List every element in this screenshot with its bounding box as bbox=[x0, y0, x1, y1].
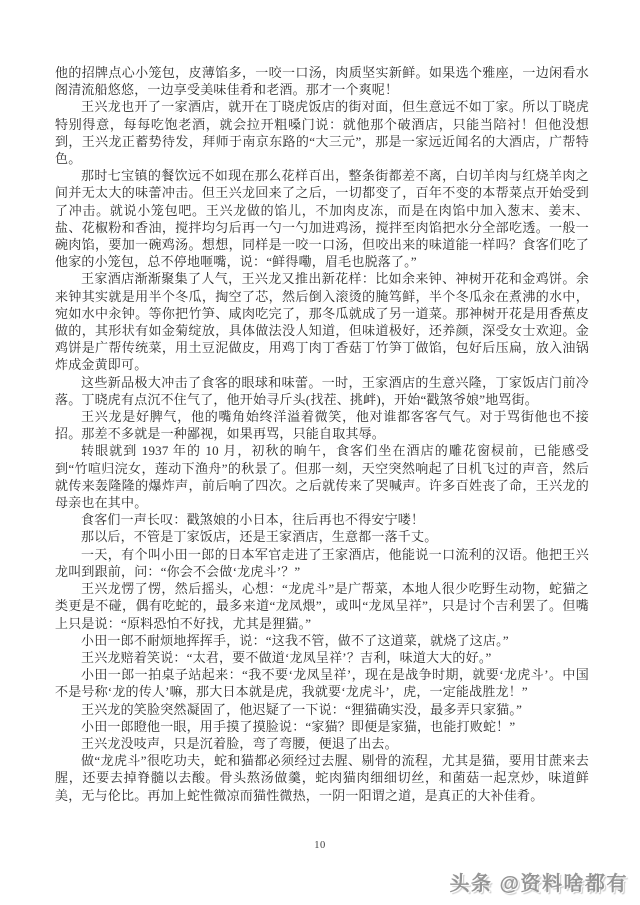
paragraph: 那时七宝镇的餐饮远不如现在那么花样百出，整条街都差不离，白切羊肉与红烧羊肉之间并… bbox=[55, 167, 589, 270]
document-page: 他的招牌点心小笼包，皮薄馅多，一咬一口汤，肉质坚实新鲜。如果选个雅座，一边闲看水… bbox=[0, 0, 640, 905]
paragraph: 转眼就到 1937 年的 10 月，初秋的晌午，食客们坐在酒店的雕花窗棂前，已能… bbox=[55, 442, 589, 511]
paragraph: 王兴龙赔着笑说：“太君，要不做道‘龙凤呈祥’？吉利，味道大大的好。” bbox=[55, 649, 589, 666]
paragraph: 王家酒店渐渐聚集了人气，王兴龙又推出新花样：比如余来钟、神树开花和金鸡饼。余来钟… bbox=[55, 270, 589, 373]
toutiao-watermark: 头条 @资料啥都有 bbox=[449, 867, 628, 896]
paragraph: 食客们一声长叹：戳煞娘的小日本，往后再也不得安宁喽！ bbox=[55, 511, 589, 528]
paragraph: 王兴龙也开了一家酒店，就开在丁晓虎饭店的街对面，但生意远不如丁家。所以丁晓虎特别… bbox=[55, 98, 589, 167]
paragraph: 做“龙虎斗”很吃功夫，蛇和猫都必须经过去腥、剔骨的流程，尤其是猫，要用甘蔗来去腥… bbox=[55, 752, 589, 804]
paragraph: 王兴龙愣了愣，然后摇头，心想：“龙虎斗”是广帮菜，本地人很少吃野生动物，蛇猫之类… bbox=[55, 580, 589, 632]
paragraph: 王兴龙是好脾气，他的嘴角始终洋溢着微笑，他对谁都客客气气。对于骂街他也不接招。那… bbox=[55, 408, 589, 442]
paragraph: 小田一郎瞪他一眼，用手摸了摸脸说：“家猫？即便是家猫，也能打败蛇！” bbox=[55, 718, 589, 735]
paragraph: 那以后，不管是丁家饭店，还是王家酒店，生意都一落千丈。 bbox=[55, 528, 589, 545]
paragraph: 小田一郎一拍桌子站起来：“我不要‘龙凤呈祥’，现在是战争时期，就要‘龙虎斗’。中… bbox=[55, 666, 589, 700]
paragraph: 王兴龙的笑脸突然凝固了，他迟疑了一下说：“狸猫确实没，最多弄只家猫。” bbox=[55, 701, 589, 718]
paragraph: 一天，有个叫小田一郎的日本军官走进了王家酒店，他能说一口流利的汉语。他把王兴龙叫… bbox=[55, 546, 589, 580]
paragraph: 这些新品极大冲击了食客的眼球和味蕾。一时，王家酒店的生意兴隆，丁家饭店门前冷落。… bbox=[55, 374, 589, 408]
page-number: 10 bbox=[0, 840, 640, 851]
body-text: 他的招牌点心小笼包，皮薄馅多，一咬一口汤，肉质坚实新鲜。如果选个雅座，一边闲看水… bbox=[55, 64, 589, 804]
paragraph: 他的招牌点心小笼包，皮薄馅多，一咬一口汤，肉质坚实新鲜。如果选个雅座，一边闲看水… bbox=[55, 64, 589, 98]
paragraph: 王兴龙没吱声，只是沉着脸，弯了弯腰，便退了出去。 bbox=[55, 735, 589, 752]
paragraph: 小田一郎不耐烦地挥挥手，说：“这我不管，做不了这道菜，就烧了这店。” bbox=[55, 632, 589, 649]
